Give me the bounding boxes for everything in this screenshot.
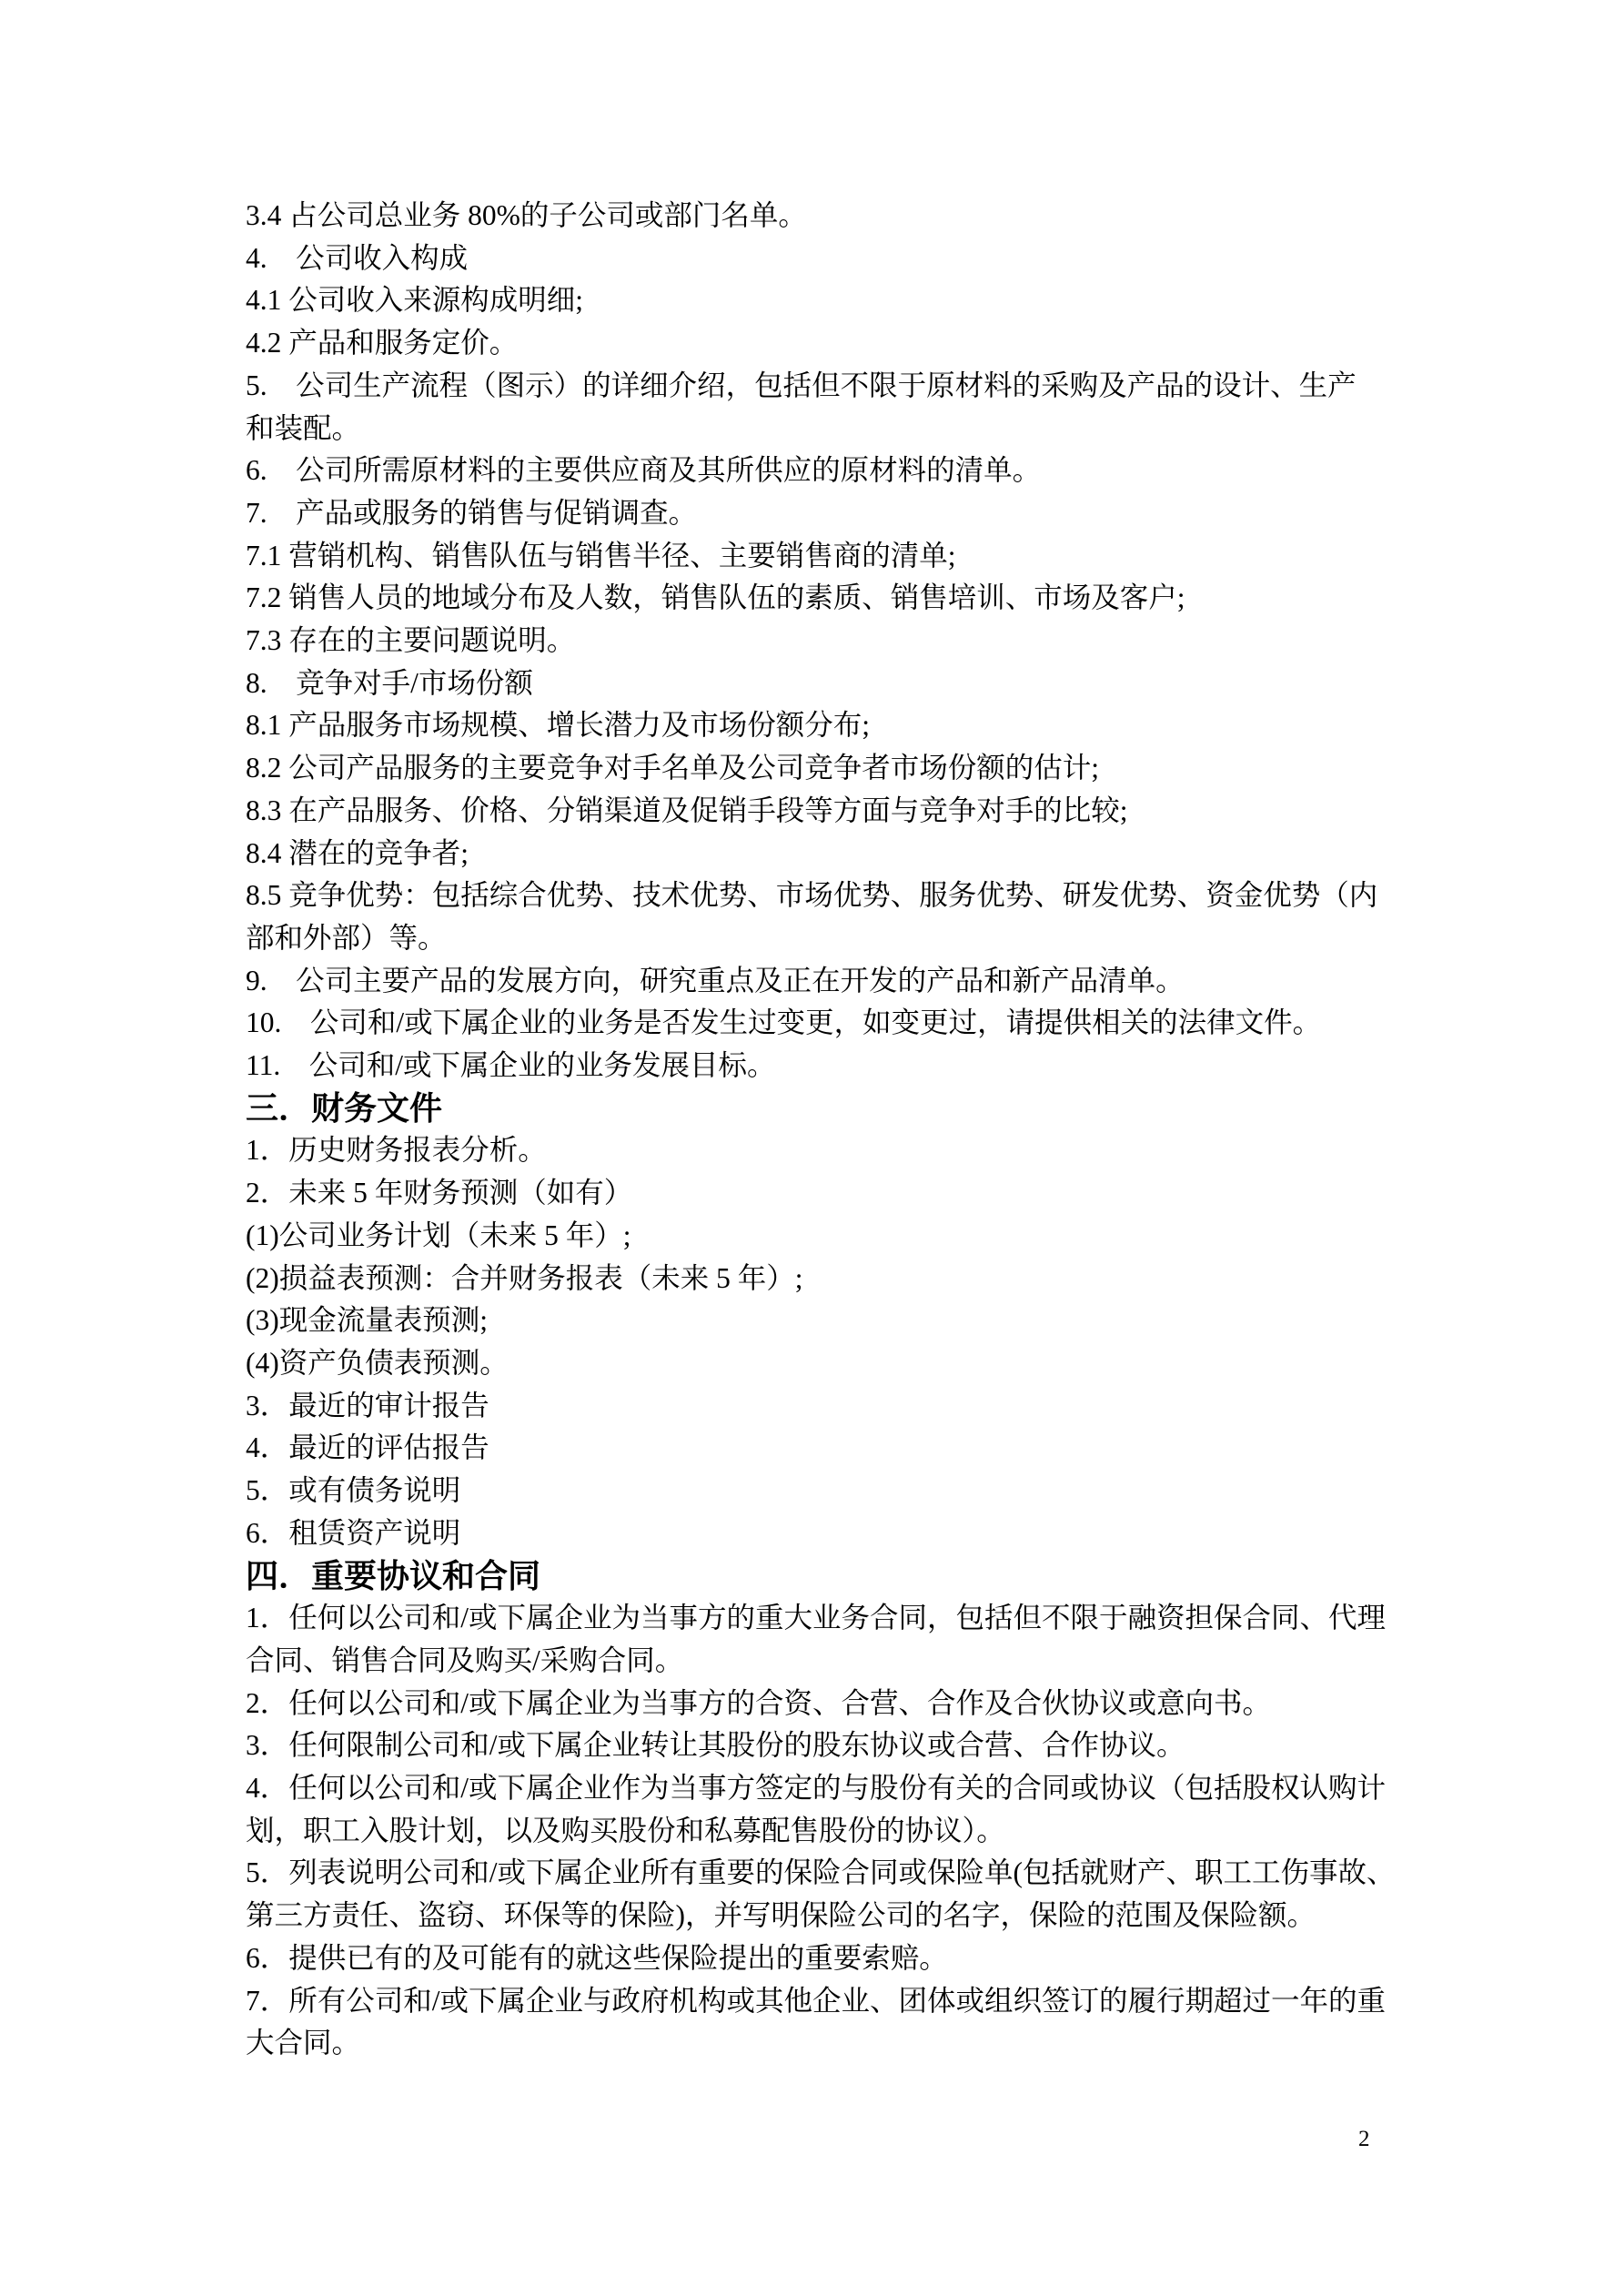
paragraph: 4．最近的评估报告: [246, 1427, 1428, 1470]
paragraph: 8.2 公司产品服务的主要竞争对手名单及公司竞争者市场份额的估计;: [246, 747, 1428, 790]
paragraph: 8.1 产品服务市场规模、增长潜力及市场份额分布;: [246, 704, 1428, 747]
paragraph: 10. 公司和/或下属企业的业务是否发生过变更，如变更过，请提供相关的法律文件。: [246, 1002, 1428, 1045]
page-number: 2: [1358, 2126, 1370, 2153]
paragraph: 8.5 竞争优势：包括综合优势、技术优势、市场优势、服务优势、研发优势、资金优势…: [246, 875, 1428, 959]
paragraph: 6. 公司所需原材料的主要供应商及其所供应的原材料的清单。: [246, 450, 1428, 492]
paragraph: 4.2 产品和服务定价。: [246, 322, 1428, 365]
paragraph: 7．所有公司和/或下属企业与政府机构或其他企业、团体或组织签订的履行期超过一年的…: [246, 1980, 1428, 2065]
section-heading: 三．财务文件: [246, 1087, 1428, 1130]
paragraph: 9. 公司主要产品的发展方向，研究重点及正在开发的产品和新产品清单。: [246, 960, 1428, 1003]
document-body: 3.4 占公司总业务 80%的子公司或部门名单。4. 公司收入构成4.1 公司收…: [246, 195, 1428, 2065]
paragraph: 3．任何限制公司和/或下属企业转让其股份的股东协议或合营、合作协议。: [246, 1725, 1428, 1767]
paragraph: 4.1 公司收入来源构成明细;: [246, 279, 1428, 322]
paragraph: 6．租赁资产说明: [246, 1512, 1428, 1555]
paragraph: 8.3 在产品服务、价格、分销渠道及促销手段等方面与竞争对手的比较;: [246, 790, 1428, 833]
paragraph: 5. 公司生产流程（图示）的详细介绍，包括但不限于原材料的采购及产品的设计、生产…: [246, 365, 1428, 450]
paragraph: (2)损益表预测：合并财务报表（未来 5 年）;: [246, 1258, 1428, 1300]
section-heading: 四．重要协议和合同: [246, 1555, 1428, 1598]
paragraph: 8.4 潜在的竞争者;: [246, 833, 1428, 875]
document-page: 3.4 占公司总业务 80%的子公司或部门名单。4. 公司收入构成4.1 公司收…: [0, 0, 1624, 2296]
paragraph: (4)资产负债表预测。: [246, 1342, 1428, 1385]
paragraph: 5．列表说明公司和/或下属企业所有重要的保险合同或保险单(包括就财产、职工工伤事…: [246, 1852, 1428, 1937]
paragraph: 3．最近的审计报告: [246, 1385, 1428, 1428]
paragraph: 7.3 存在的主要问题说明。: [246, 620, 1428, 663]
paragraph: 3.4 占公司总业务 80%的子公司或部门名单。: [246, 195, 1428, 238]
paragraph: 4．任何以公司和/或下属企业作为当事方签定的与股份有关的合同或协议（包括股权认购…: [246, 1767, 1428, 1852]
paragraph: (3)现金流量表预测;: [246, 1300, 1428, 1342]
paragraph: 8. 竞争对手/市场份额: [246, 663, 1428, 705]
paragraph: 6．提供已有的及可能有的就这些保险提出的重要索赔。: [246, 1937, 1428, 1980]
paragraph: (1)公司业务计划（未来 5 年）;: [246, 1215, 1428, 1258]
paragraph: 1．历史财务报表分析。: [246, 1129, 1428, 1172]
paragraph: 7.2 销售人员的地域分布及人数，销售队伍的素质、销售培训、市场及客户;: [246, 577, 1428, 620]
paragraph: 1．任何以公司和/或下属企业为当事方的重大业务合同，包括但不限于融资担保合同、代…: [246, 1597, 1428, 1682]
paragraph: 2．未来 5 年财务预测（如有）: [246, 1172, 1428, 1215]
paragraph: 7.1 营销机构、销售队伍与销售半径、主要销售商的清单;: [246, 535, 1428, 578]
paragraph: 2．任何以公司和/或下属企业为当事方的合资、合营、合作及合伙协议或意向书。: [246, 1683, 1428, 1725]
paragraph: 5．或有债务说明: [246, 1470, 1428, 1512]
paragraph: 11. 公司和/或下属企业的业务发展目标。: [246, 1045, 1428, 1087]
paragraph: 7. 产品或服务的销售与促销调查。: [246, 492, 1428, 535]
paragraph: 4. 公司收入构成: [246, 238, 1428, 280]
